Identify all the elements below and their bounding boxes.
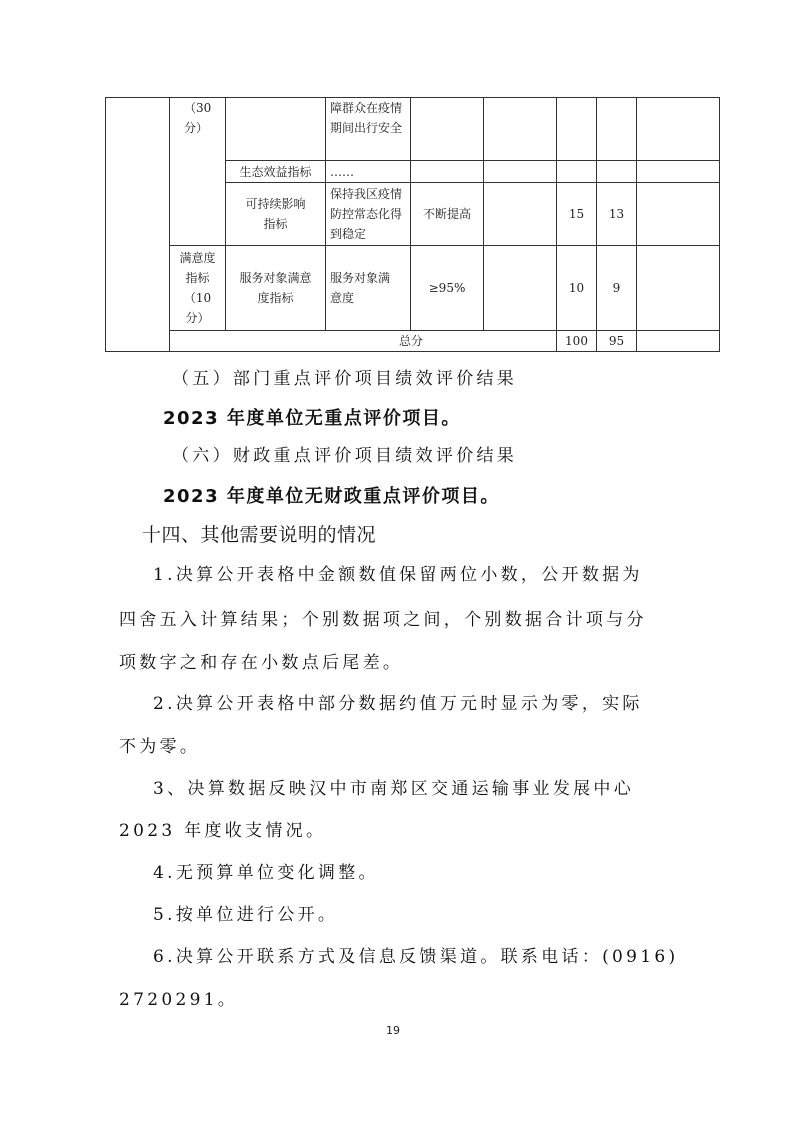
document-page: （30 分） 障群众在疫情期间出行安全 生态效益指标 …… 可持续影响指标 保持… bbox=[0, 0, 793, 1122]
table-cell-indicator-content: …… bbox=[326, 161, 411, 183]
note-3-line-1: 3、决算数据反映汉中市南郑区交通运输事业发展中心 bbox=[153, 774, 634, 799]
table-cell-actual bbox=[484, 161, 557, 183]
table-cell-note bbox=[637, 98, 720, 161]
section-6-body: 2023 年度单位无财政重点评价项目。 bbox=[163, 482, 500, 508]
table-cell-indicator-content: 保持我区疫情防控常态化得到稳定 bbox=[326, 183, 411, 246]
table-cell-target: ≥95% bbox=[411, 246, 484, 331]
table-cell-note bbox=[637, 183, 720, 246]
section-6-title: （六）财政重点评价项目绩效评价结果 bbox=[172, 441, 517, 466]
note-3-line-2: 2023 年度收支情况。 bbox=[119, 816, 326, 841]
table-cell-weight bbox=[557, 161, 597, 183]
table-cell-weight bbox=[557, 98, 597, 161]
table-cell-target: 不断提高 bbox=[411, 183, 484, 246]
total-weight: 100 bbox=[557, 331, 597, 352]
page-number: 19 bbox=[386, 1024, 400, 1037]
note-1-line-1: 1.决算公开表格中金额数值保留两位小数，公开数据为 bbox=[153, 560, 643, 585]
note-2-line-2: 不为零。 bbox=[119, 732, 200, 757]
performance-table: （30 分） 障群众在疫情期间出行安全 生态效益指标 …… 可持续影响指标 保持… bbox=[105, 97, 720, 352]
table-cell-category bbox=[106, 98, 170, 352]
table-cell-actual bbox=[484, 246, 557, 331]
table-cell-weight: 10 bbox=[557, 246, 597, 331]
table-cell-subindicator: 服务对象满意度指标 bbox=[226, 246, 326, 331]
note-1-line-2: 四舍五入计算结果；个别数据项之间，个别数据合计项与分 bbox=[119, 605, 647, 630]
note-2-line-1: 2.决算公开表格中部分数据约值万元时显示为零，实际 bbox=[153, 689, 643, 714]
table-cell-subindicator: 生态效益指标 bbox=[226, 161, 326, 183]
table-cell-indicator-content: 障群众在疫情期间出行安全 bbox=[326, 98, 411, 161]
table-cell-note bbox=[637, 246, 720, 331]
table-cell-score bbox=[597, 161, 637, 183]
table-cell-actual bbox=[484, 98, 557, 161]
total-label: 总分 bbox=[170, 331, 557, 352]
table-cell-subindicator: 可持续影响指标 bbox=[226, 183, 326, 246]
table-cell-indicator-content: 服务对象满意度 bbox=[326, 246, 411, 331]
table-cell-score: 13 bbox=[597, 183, 637, 246]
table-cell-actual bbox=[484, 183, 557, 246]
note-1-line-3: 项数字之和存在小数点后尾差。 bbox=[119, 648, 403, 673]
note-6-line-1: 6.决算公开联系方式及信息反馈渠道。联系电话：(0916) bbox=[153, 942, 678, 967]
table-row: （30 分） 障群众在疫情期间出行安全 bbox=[106, 98, 720, 161]
note-4: 4.无预算单位变化调整。 bbox=[153, 858, 379, 883]
total-score: 95 bbox=[597, 331, 637, 352]
table-cell-target bbox=[411, 161, 484, 183]
section-14-title: 十四、其他需要说明的情况 bbox=[142, 520, 376, 547]
section-5-body: 2023 年度单位无重点评价项目。 bbox=[163, 404, 461, 430]
table-cell-weight: 15 bbox=[557, 183, 597, 246]
table-cell-indicator-group: （30 分） bbox=[170, 98, 226, 246]
table-cell-score: 9 bbox=[597, 246, 637, 331]
total-note bbox=[637, 331, 720, 352]
table-cell-score bbox=[597, 98, 637, 161]
note-6-line-2: 2720291。 bbox=[119, 985, 238, 1010]
section-5-title: （五）部门重点评价项目绩效评价结果 bbox=[172, 364, 517, 389]
note-5: 5.按单位进行公开。 bbox=[153, 900, 338, 925]
table-cell-subindicator bbox=[226, 98, 326, 161]
table-row: 满意度指标（10分） 服务对象满意度指标 服务对象满意度 ≥95% 10 9 bbox=[106, 246, 720, 331]
table-cell-target bbox=[411, 98, 484, 161]
cell-text: （30 分） bbox=[184, 101, 211, 135]
table-total-row: 总分 100 95 bbox=[106, 331, 720, 352]
table-cell-note bbox=[637, 161, 720, 183]
table-cell-indicator-group: 满意度指标（10分） bbox=[170, 246, 226, 331]
